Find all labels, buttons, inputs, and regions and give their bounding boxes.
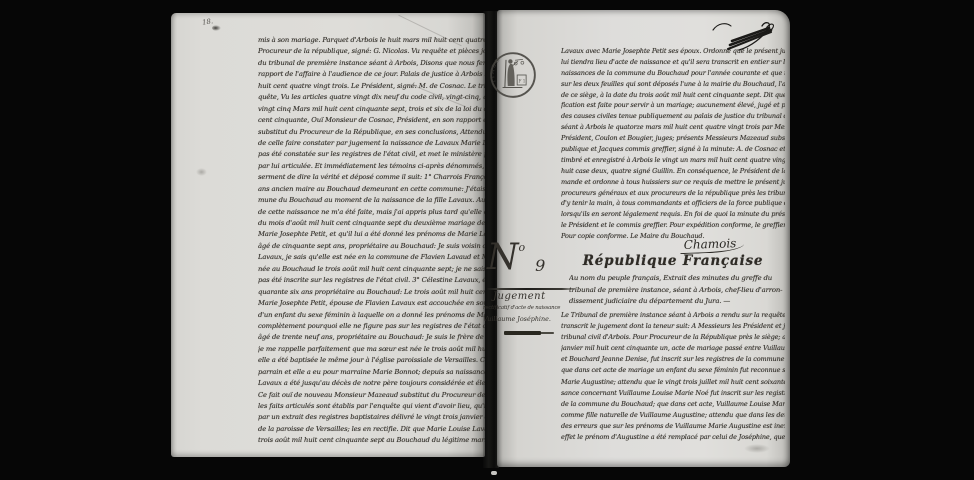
manuscript-line: des causes civiles tenue publiquement au… [561, 111, 785, 122]
svg-text:TIMBRE: TIMBRE [488, 50, 502, 84]
manuscript-line: comme fille naturelle de Vuillaume Augus… [561, 410, 785, 421]
manuscript-line: par lui articulée. Et immédiatement les … [258, 161, 485, 172]
act-number-letter: N [487, 237, 519, 278]
act-number-ordinal: o [519, 241, 526, 254]
manuscript-line: sur les deux feuilles qui sont déposés l… [561, 79, 785, 90]
margin-name-line: Vuillaume Joséphine. [483, 315, 551, 323]
manuscript-line: tribunal de première instance, séant à A… [569, 285, 785, 297]
republique-francaise-heading: République Française [561, 253, 785, 269]
manuscript-line: née au Bouchaud le trois août mil huit c… [258, 264, 485, 275]
manuscript-line: fication est faite pour servir à un mari… [561, 100, 785, 111]
manuscript-line: de la commune du Bouchaud; que dans cet … [561, 399, 785, 410]
scanned-register-spread: mis à son mariage. Parquet d'Arbois le h… [0, 0, 974, 480]
manuscript-line: Le Tribunal de première instance séant à… [561, 310, 785, 321]
manuscript-line: les faits articulés sont établis par l'e… [258, 401, 485, 412]
paraph-scribble [708, 13, 788, 55]
manuscript-line: complètement pourquoi elle ne figure pas… [258, 321, 485, 332]
manuscript-line: quarante six ans propriétaire au Bouchau… [258, 287, 485, 298]
manuscript-line: elle a été baptisée le même jour à l'égl… [258, 355, 485, 366]
manuscript-line: mande et ordonne à tous huissiers sur ce… [561, 177, 785, 188]
manuscript-line: et Bouchard Jeanne Denise, fut inscrit s… [561, 354, 785, 365]
manuscript-line: serment de dire la vérité et déposé comm… [258, 172, 485, 183]
manuscript-line: de celle faire constater par jugement la… [258, 138, 485, 149]
margin-subtitle: rectificatif d'acte de naissance [483, 305, 560, 311]
manuscript-line: du mois d'août mil huit cent cinquante s… [258, 218, 485, 229]
manuscript-line: pas été constatée sur les registres de l… [258, 149, 485, 160]
manuscript-line: d'un enfant du sexe féminin à laquelle o… [258, 310, 485, 321]
margin-title: Jugement [493, 291, 546, 302]
manuscript-line: naissances de la commune du Bouchaud pou… [561, 68, 785, 79]
manuscript-line: que dans cet acte de mariage un enfant d… [561, 365, 785, 376]
manuscript-line: transcrit le jugement dont la teneur sui… [561, 321, 785, 332]
manuscript-line: quête, Vu les articles quatre vingt dix … [258, 92, 485, 103]
manuscript-line: Marie Augustine; attendu que le vingt tr… [561, 377, 785, 388]
extrait-intro-text: Au nom du peuple français, Extrait des m… [569, 273, 785, 308]
manuscript-line: je me rappelle parfaitement que ma sœur … [258, 344, 485, 355]
manuscript-line: âgé de cinquante sept ans, propriétaire … [258, 241, 485, 252]
manuscript-line: mune du Bouchaud au moment de la naissan… [258, 195, 485, 206]
manuscript-line: effet le prénom d'Augustine a été rempla… [561, 432, 785, 443]
manuscript-line: parrain et elle a eu pour marraine Marie… [258, 367, 485, 378]
right-page-body-text: Le Tribunal de première instance séant à… [561, 310, 785, 443]
manuscript-line: Au nom du peuple français, Extrait des m… [569, 273, 785, 285]
manuscript-line: Marie Josephte Petit, et qu'il lui a été… [258, 229, 485, 240]
manuscript-line: le Président et le commis greffier. Pour… [561, 220, 785, 231]
manuscript-line: tribunal civil d'Arbois. Pour Procureur … [561, 332, 785, 343]
manuscript-line: pas été inscrite sur les registres de l'… [258, 275, 485, 286]
act-number-digit: 9 [535, 256, 545, 275]
stamp-arc-text: TIMBRE [488, 50, 502, 84]
paper-speck [491, 471, 497, 475]
manuscript-line: vingt cinq Mars mil huit cent cinquante … [258, 104, 485, 115]
manuscript-line: sance concernant Vuillaume Louise Marie … [561, 388, 785, 399]
manuscript-line: de cette naissance ne m'a été faite, mai… [258, 207, 485, 218]
paper-smudge [744, 444, 770, 453]
manuscript-line: rapport de l'affaire à l'audience de ce … [258, 69, 485, 80]
paper-smudge [196, 168, 207, 176]
manuscript-line: cent cinquante, Ouï Monsieur de Cosnac, … [258, 115, 485, 126]
margin-thick-rule [504, 331, 541, 335]
manuscript-line: huit case deux, quatre signé Guillin. En… [561, 166, 785, 177]
right-page-top-text: Lavaux avec Marie Josephte Petit ses épo… [561, 46, 785, 242]
manuscript-line: Lavaux, je sais qu'elle est née en la co… [258, 252, 485, 263]
ink-blot [212, 25, 221, 31]
manuscript-line: de ce siège, à la date du trois août mil… [561, 90, 785, 101]
manuscript-line: janvier mil huit cent cinquante un, acte… [561, 343, 785, 354]
manuscript-line: séant à Arbois le quatorze mars mil huit… [561, 122, 785, 133]
margin-divider-line [487, 288, 575, 290]
timbre-revenue-stamp: TIMBRE F 1 [488, 50, 538, 100]
manuscript-line: lui tiendra lieu d'acte de naissance et … [561, 57, 785, 68]
manuscript-line: Procureur de la république, signé: G. Ni… [258, 46, 485, 57]
manuscript-line: Ce fait ouï de nouveau Monsieur Mazeaud … [258, 390, 485, 401]
manuscript-line: publique et Jacques commis greffier, sig… [561, 144, 785, 155]
manuscript-line: de la paroisse de Versailles; les en rec… [258, 424, 485, 435]
manuscript-page-left: mis à son mariage. Parquet d'Arbois le h… [171, 13, 485, 457]
stamp-value-text: F 1 [519, 79, 526, 84]
manuscript-line: âgé de trente neuf ans, propriétaire au … [258, 332, 485, 343]
manuscript-line: lorsqu'ils en seront légalement requis. … [561, 209, 785, 220]
act-number: No9 [487, 240, 567, 276]
manuscript-line: Lavaux a été jusqu'au décès de notre pèr… [258, 378, 485, 389]
manuscript-line: huit cent quatre vingt trois. Le Préside… [258, 81, 485, 92]
manuscript-line: du tribunal de première instance séant à… [258, 58, 485, 69]
manuscript-line: d'y tenir la main, à tous commandants et… [561, 198, 785, 209]
manuscript-line: procureurs généraux et aux procureurs de… [561, 188, 785, 199]
manuscript-line: par un extrait des registres baptistaire… [258, 412, 485, 423]
manuscript-line: substitut du Procureur de la République,… [258, 127, 485, 138]
left-page-text: mis à son mariage. Parquet d'Arbois le h… [258, 35, 485, 447]
manuscript-line: timbré et enregistré à Arbois le vingt u… [561, 155, 785, 166]
manuscript-page-right: Lavaux avec Marie Josephte Petit ses épo… [497, 10, 790, 467]
manuscript-line: dissement judiciaire du département du J… [569, 296, 785, 308]
manuscript-line: des erreurs que sur les prénoms de Vuill… [561, 421, 785, 432]
manuscript-line: trois août mil huit cent cinquante sept … [258, 435, 485, 446]
manuscript-line: Président, Coulon et Bougier, juges; pré… [561, 133, 785, 144]
manuscript-line: Marie Josephte Petit, épouse de Flavien … [258, 298, 485, 309]
manuscript-line: ans ancien maire au Bouchaud demeurant e… [258, 184, 485, 195]
